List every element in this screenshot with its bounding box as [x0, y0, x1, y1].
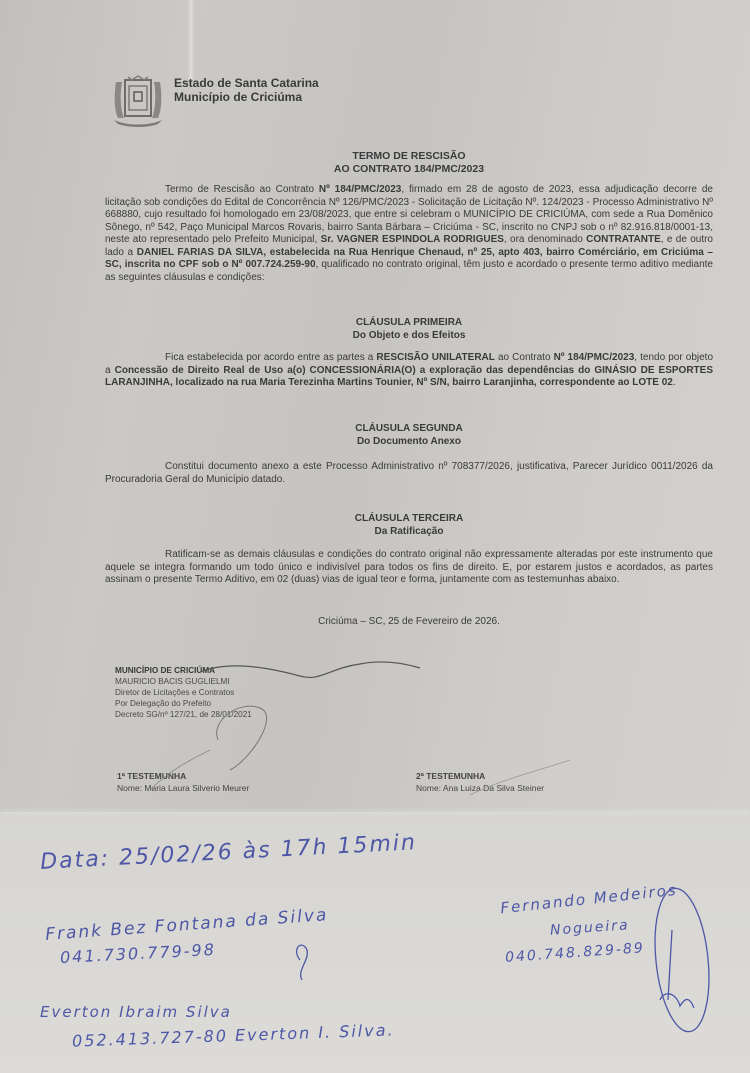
body-text: .	[673, 377, 676, 388]
body-text: Ratificam-se as demais cláusulas e condi…	[105, 549, 713, 585]
signatory-entity: MUNICÍPIO DE CRICIÚMA	[115, 665, 252, 676]
witness-name: Nome: Maria Laura Silverio Meurer	[117, 782, 249, 794]
signatory-delegation: Por Delegação do Prefeito	[115, 698, 252, 709]
witness-2: 2ª TESTEMUNHA Nome: Ana Luiza Da Silva S…	[416, 770, 544, 794]
body-text: , ora denominado	[504, 234, 586, 245]
witness-label: 2ª TESTEMUNHA	[416, 770, 544, 782]
clause-1-heading: CLÁUSULA PRIMEIRA Do Objeto e dos Efeito…	[105, 316, 713, 342]
letterhead: Estado de Santa Catarina Município de Cr…	[110, 74, 319, 128]
signatory-block: MUNICÍPIO DE CRICIÚMA MAURICIO BACIS GUG…	[115, 665, 252, 720]
body-text: ao Contrato	[495, 352, 554, 363]
clause-title: CLÁUSULA SEGUNDA	[105, 422, 713, 435]
emphasized-text: CONTRATANTE	[586, 234, 661, 245]
clause-2-body: Constitui documento anexo a este Process…	[105, 461, 713, 486]
witness-name: Nome: Ana Luiza Da Silva Steiner	[416, 782, 544, 794]
clause-2-heading: CLÁUSULA SEGUNDA Do Documento Anexo	[105, 422, 713, 448]
clause-1-body: Fica estabelecida por acordo entre as pa…	[105, 352, 713, 390]
body-text: Fica estabelecida por acordo entre as pa…	[165, 352, 376, 363]
signatory-name: MAURICIO BACIS GUGLIELMI	[115, 676, 252, 687]
paper-fold	[0, 810, 750, 813]
clause-title: CLÁUSULA TERCEIRA	[105, 512, 713, 525]
clause-subtitle: Do Objeto e dos Efeitos	[105, 329, 713, 342]
emphasized-text: Concessão de Direito Real de Uso a(o) CO…	[105, 365, 713, 389]
preamble-paragraph: Termo de Rescisão ao Contrato Nº 184/PMC…	[105, 184, 713, 284]
place-date: Criciúma – SC, 25 de Fevereiro de 2026.	[105, 616, 713, 629]
municipal-coat-of-arms-icon	[110, 74, 166, 128]
emphasized-text: Nº 184/PMC/2023	[554, 352, 635, 363]
witness-1: 1ª TESTEMUNHA Nome: Maria Laura Silverio…	[117, 770, 249, 794]
handwritten-person-3-name: Everton Ibraim Silva	[40, 1003, 232, 1021]
state-name: Estado de Santa Catarina	[174, 76, 319, 90]
document-title: TERMO DE RESCISÃO AO CONTRATO 184/PMC/20…	[105, 150, 713, 176]
clause-3-body: Ratificam-se as demais cláusulas e condi…	[105, 549, 713, 587]
title-line-2: AO CONTRATO 184/PMC/2023	[105, 163, 713, 176]
clause-3-heading: CLÁUSULA TERCEIRA Da Ratificação	[105, 512, 713, 538]
clause-title: CLÁUSULA PRIMEIRA	[105, 316, 713, 329]
signatory-decree: Decreto SG/nº 127/21, de 28/01/2021	[115, 709, 252, 720]
signatory-role: Diretor de Licitações e Contratos	[115, 687, 252, 698]
paper-crease	[189, 0, 193, 80]
emphasized-text: RESCISÃO UNILATERAL	[376, 352, 494, 363]
emphasized-text: Sr. VAGNER ESPINDOLA RODRIGUES	[321, 234, 504, 245]
municipality-name: Município de Criciúma	[174, 90, 319, 104]
witness-label: 1ª TESTEMUNHA	[117, 770, 249, 782]
clause-subtitle: Da Ratificação	[105, 525, 713, 538]
clause-subtitle: Do Documento Anexo	[105, 435, 713, 448]
emphasized-text: Nº 184/PMC/2023	[319, 184, 401, 195]
body-text: Constitui documento anexo a este Process…	[105, 461, 713, 485]
body-text: Termo de Rescisão ao Contrato	[165, 184, 319, 195]
title-line-1: TERMO DE RESCISÃO	[105, 150, 713, 163]
